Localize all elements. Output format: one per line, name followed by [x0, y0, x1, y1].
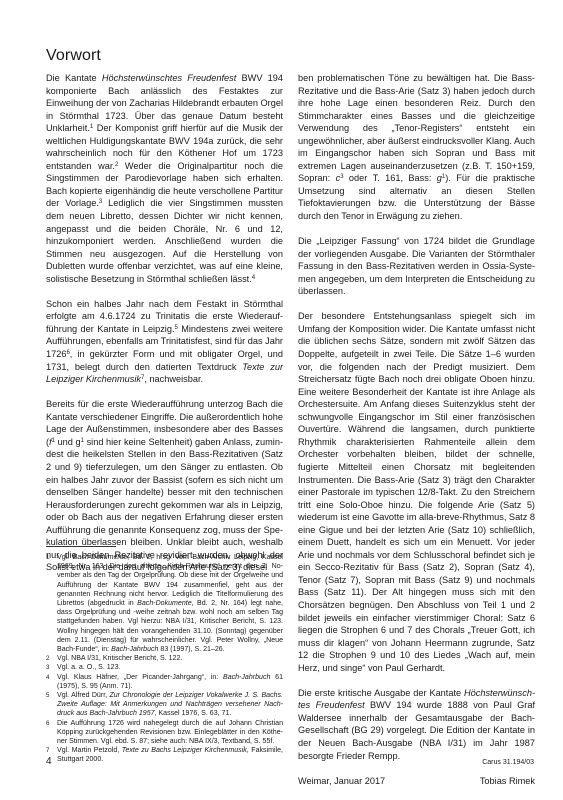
footnote-ref-4: 4: [252, 275, 255, 281]
footnote-number: 1: [46, 553, 49, 562]
footnote-2: 2Vgl. NBA I/31, Kritischer Bericht, S. 1…: [46, 654, 283, 663]
text: Vgl.: [57, 554, 73, 561]
text: Die erste kritische Ausgabe der Kantate: [298, 688, 464, 698]
text: sind hier keine Seltenheit) gaben Anlass…: [46, 437, 283, 572]
footnote-number: 3: [46, 663, 49, 672]
citation-title: Bach-Jahrbuch: [223, 674, 270, 681]
text: Die Aufführung 1726 wird nahegelegt durc…: [57, 720, 283, 745]
text: Vgl. Alfred Dürr,: [57, 692, 109, 699]
work-title: Höchsterwünschtes Freudenfest: [102, 73, 236, 83]
page-number: 4: [46, 756, 52, 767]
paragraph-performances: Schon ein halbes Jahr nach dem Festakt i…: [46, 298, 283, 386]
text: ben problematischen Töne zu bewältigen h…: [298, 73, 535, 183]
text: , Kassel 1976, S. 63, 71.: [155, 710, 232, 717]
footnote-number: 7: [46, 746, 49, 755]
citation-title: Bach-Jahrbuch: [111, 646, 158, 653]
text: oder T. 161, Bass:: [344, 173, 437, 183]
right-column: ben problematischen Töne zu bewältigen h…: [298, 72, 535, 787]
paragraph-structure: Der besondere Entstehungsanlass spiegelt…: [298, 310, 535, 674]
footnotes: 1Vgl. Bach-Dokumente, Bd. 2, hrsg. vom B…: [46, 553, 283, 765]
paragraph-revisions: Bereits für die erste Wiederaufführung u…: [46, 398, 283, 574]
footnote-number: 4: [46, 673, 49, 682]
citation-title: Bach-Dokumente: [137, 600, 191, 607]
paragraph-vocal-range: ben problematischen Töne zu bewältigen h…: [298, 72, 535, 223]
paragraph-origin: Die Kantate Höchsterwünschtes Freudenfes…: [46, 72, 283, 285]
paragraph-edition-basis: Die „Leipziger Fassung“ von 1724 bildet …: [298, 235, 535, 298]
author-name: Tobias Rimek: [480, 775, 535, 788]
footnote-4: 4Vgl. Klaus Häfner, „Der Picander-Jahrga…: [46, 673, 283, 691]
signoff: Weimar, Januar 2017 Tobias Rimek: [298, 775, 535, 788]
footnote-1: 1Vgl. Bach-Dokumente, Bd. 2, hrsg. vom B…: [46, 553, 283, 654]
text: Die Kantate: [46, 73, 102, 83]
place-date: Weimar, Januar 2017: [298, 775, 385, 788]
text: , nachweisbar.: [144, 374, 203, 384]
text: Lediglich die vier Singstimmen mussten d…: [46, 198, 283, 283]
publisher-code: Carus 31.194/03: [482, 759, 534, 766]
text: Vgl. Martin Petzold,: [57, 747, 122, 754]
footnote-divider: [46, 546, 116, 547]
footnote-3: 3Vgl. a. a. O., S. 123.: [46, 663, 283, 672]
citation-title: Bach-Dokumente: [73, 554, 127, 561]
footnote-number: 6: [46, 719, 49, 728]
footnote-number: 5: [46, 691, 49, 700]
left-column: Die Kantate Höchsterwünschtes Freudenfes…: [46, 72, 283, 586]
text: 83 (1997), S. 21–26.: [158, 646, 224, 653]
citation-title: Texte zu Bachs Leipziger Kirchenmusik: [122, 747, 247, 754]
text: und g: [55, 437, 81, 447]
page-title: Vorwort: [46, 47, 101, 65]
footnote-number: 2: [46, 654, 49, 663]
text: Vgl. Klaus Häfner, „Der Picander-Jahrgan…: [57, 674, 223, 681]
paragraph-critical-edition: Die erste kritische Ausgabe der Kantate …: [298, 687, 535, 762]
footnote-7: 7Vgl. Martin Petzold, Texte zu Bachs Lei…: [46, 746, 283, 764]
text: Vgl. NBA I/31, Kritischer Bericht, S. 12…: [57, 655, 182, 662]
text: Vgl. a. a. O., S. 123.: [57, 664, 120, 671]
footnote-5: 5Vgl. Alfred Dürr, Zur Chronologie der L…: [46, 691, 283, 719]
footnote-6: 6Die Aufführung 1726 wird nahegelegt dur…: [46, 719, 283, 747]
